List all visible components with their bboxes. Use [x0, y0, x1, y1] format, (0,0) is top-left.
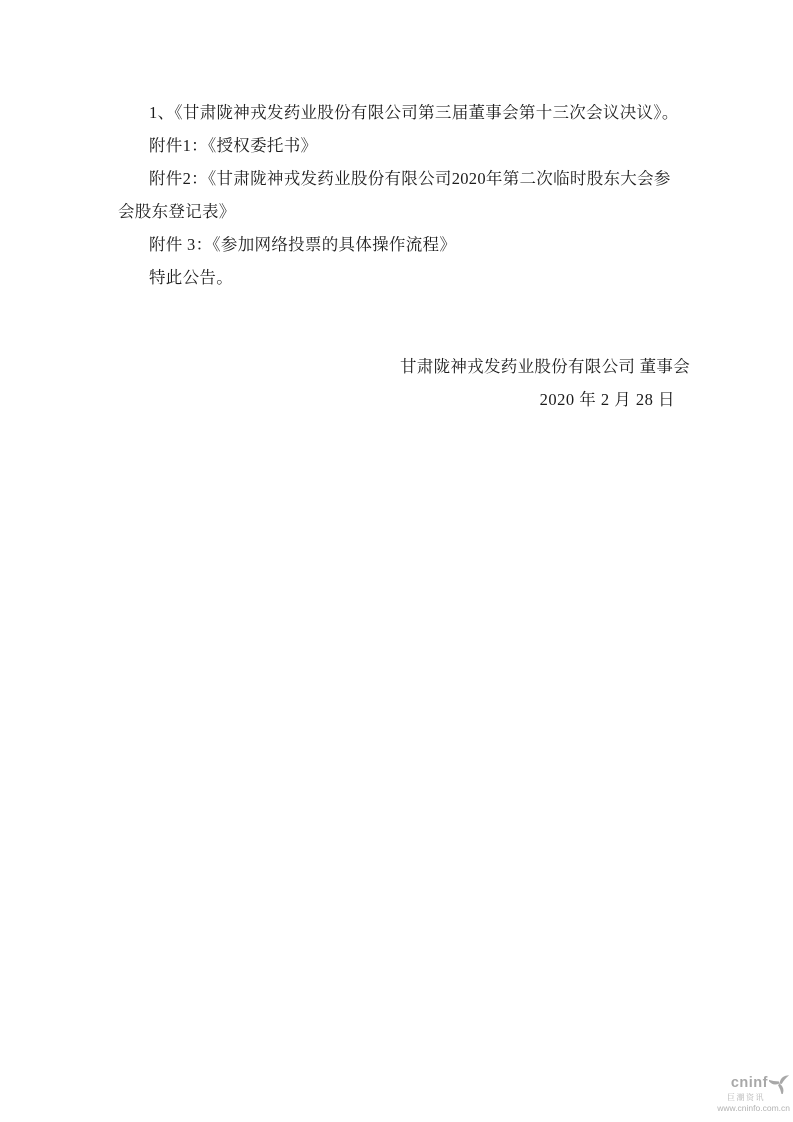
document-page: 1、《甘肃陇神戎发药业股份有限公司第三届董事会第十三次会议决议》。 附件1：《授…: [0, 0, 793, 1122]
closing-statement: 特此公告。: [118, 261, 680, 294]
cninfo-brand-text: cninf: [731, 1076, 768, 1091]
cninfo-url: www.cninfo.com.cn: [716, 1104, 790, 1113]
attachment-1: 附件1：《授权委托书》: [118, 129, 680, 162]
cninfo-brand-row: cninf: [716, 1073, 790, 1094]
cninfo-brand-chinese: 巨潮资讯: [716, 1094, 790, 1102]
cninfo-logo: cninf 巨潮资讯 www.cninfo.com.cn: [716, 1073, 790, 1113]
signature-company: 甘肃陇神戎发药业股份有限公司 董事会: [0, 350, 690, 383]
signature-date: 2020 年 2 月 28 日: [0, 383, 690, 416]
attachment-3: 附件 3：《参加网络投票的具体操作流程》: [118, 228, 680, 261]
pinwheel-icon: [769, 1073, 790, 1094]
attachment-2-line-1: 附件2：《甘肃陇神戎发药业股份有限公司2020年第二次临时股东大会参: [118, 162, 680, 195]
signature-block: 甘肃陇神戎发药业股份有限公司 董事会 2020 年 2 月 28 日: [0, 350, 690, 416]
list-item-board-resolution: 1、《甘肃陇神戎发药业股份有限公司第三届董事会第十三次会议决议》。: [118, 96, 680, 129]
attachment-2-line-2: 会股东登记表》: [118, 195, 680, 228]
document-body: 1、《甘肃陇神戎发药业股份有限公司第三届董事会第十三次会议决议》。 附件1：《授…: [118, 96, 680, 294]
